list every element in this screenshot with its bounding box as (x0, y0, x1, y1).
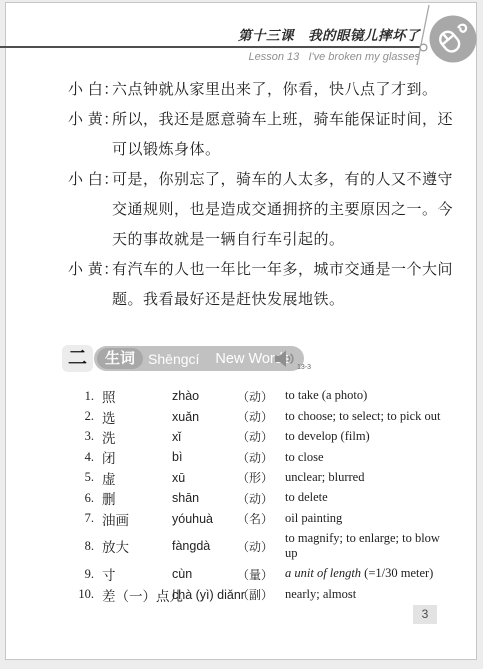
dialog-line: 小 白：六点钟就从家里出来了，你看，快八点了才到。 (68, 75, 468, 105)
section-title-pill: 生词 Shēngcí New Words (94, 346, 304, 371)
dialog-line: 天的事故就是一辆自行车引起的。 (68, 225, 468, 255)
dialog-line: 小 黄：所以，我还是愿意骑车上班，骑车能保证时间，还 (68, 105, 468, 135)
vocab-number: 4. (75, 450, 96, 465)
vocab-hanzi: 差（一）点儿 (96, 585, 172, 605)
vocab-number: 9. (75, 567, 96, 582)
vocab-number: 7. (75, 511, 96, 526)
vocab-row: 1. 照 zhào （动） to take (a photo) (75, 386, 471, 406)
vocab-number: 10. (75, 587, 96, 602)
vocab-row: 2. 选 xuǎn （动） to choose; to select; to p… (75, 406, 471, 426)
vocab-row: 9. 寸 cùn （量） a unit of length (=1/30 met… (75, 564, 471, 584)
vocab-part-of-speech: （动） (237, 408, 285, 425)
vocab-hanzi: 闭 (96, 447, 172, 467)
new-words-section-header: 二 生词 Shēngcí New Words (62, 345, 304, 372)
vocab-hanzi: 虚 (96, 468, 172, 488)
vocab-english: to develop (film) (285, 427, 447, 447)
vocab-part-of-speech: （动） (237, 449, 285, 466)
vocab-english: to delete (285, 488, 447, 508)
vocab-row: 10. 差（一）点儿 chà (yì) diǎnr （副） nearly; al… (75, 584, 471, 604)
dialog-paragraph: 小 白：可是，你别忘了，骑车的人太多，有的人又不遵守 交通规则，也是造成交通拥挤… (68, 165, 468, 255)
vocab-row: 7. 油画 yóuhuà （名） oil painting (75, 508, 471, 528)
vocab-row: 3. 洗 xǐ （动） to develop (film) (75, 427, 471, 447)
node-circle-icon (420, 44, 427, 51)
section-number: 二 (62, 345, 93, 372)
vocab-part-of-speech: （动） (237, 428, 285, 445)
vocab-hanzi: 删 (96, 488, 172, 508)
vocab-english: unclear; blurred (285, 468, 447, 488)
vocab-row: 4. 闭 bì （动） to close (75, 447, 471, 467)
vocab-english: nearly; almost (285, 585, 447, 605)
speaker-name: 小 黄： (68, 255, 112, 285)
vocab-hanzi: 照 (96, 386, 172, 406)
vocab-hanzi: 油画 (96, 509, 172, 529)
vocab-english: to take (a photo) (285, 386, 447, 406)
page-number: 3 (413, 605, 437, 624)
vocab-part-of-speech: （动） (237, 388, 285, 405)
vocab-row: 5. 虚 xū （形） unclear; blurred (75, 468, 471, 488)
vocab-part-of-speech: （动） (237, 490, 285, 507)
speaker-name: 小 白： (68, 165, 112, 195)
vocab-english: to choose; to select; to pick out (285, 407, 447, 427)
header-rule (0, 46, 421, 48)
dialog-paragraph: 小 白：六点钟就从家里出来了，你看，快八点了才到。 (68, 75, 468, 105)
vocab-hanzi: 放大 (96, 536, 172, 556)
vocab-pinyin: zhào (172, 389, 237, 403)
vocab-number: 2. (75, 409, 96, 424)
vocab-pinyin: fàngdà (172, 539, 237, 553)
dialog-line: 交通规则，也是造成交通拥挤的主要原因之一。今 (68, 195, 468, 225)
vocab-row: 6. 删 shān （动） to delete (75, 488, 471, 508)
vocab-number: 8. (75, 539, 96, 554)
speaker-name: 小 黄： (68, 105, 112, 135)
vocab-pinyin: shān (172, 491, 237, 505)
vocab-part-of-speech: （动） (237, 538, 285, 555)
vocab-part-of-speech: （量） (237, 566, 285, 583)
vocab-pinyin: xǐ (172, 430, 237, 444)
mouse-icon (429, 15, 477, 63)
vocab-hanzi: 选 (96, 407, 172, 427)
dialog-paragraph: 小 黄：有汽车的人也一年比一年多，城市交通是一个大问 题。我看最好还是赶快发展地… (68, 255, 468, 315)
vocab-number: 3. (75, 429, 96, 444)
dialog-paragraph: 小 黄：所以，我还是愿意骑车上班，骑车能保证时间，还 可以锻炼身体。 (68, 105, 468, 165)
vocab-number: 5. (75, 470, 96, 485)
vocab-pinyin: xuǎn (172, 410, 237, 424)
vocab-english: to close (285, 448, 447, 468)
vocab-part-of-speech: （形） (237, 469, 285, 486)
vocab-number: 6. (75, 491, 96, 506)
audio-track-label: 13-3 (297, 364, 311, 371)
vocab-english: a unit of length (=1/30 meter) (285, 564, 447, 584)
vocab-pinyin: bì (172, 450, 237, 464)
speaker-name: 小 白： (68, 75, 112, 105)
vocab-pinyin: yóuhuà (172, 512, 237, 526)
vocab-part-of-speech: （名） (237, 510, 285, 527)
vocab-list: 1. 照 zhào （动） to take (a photo) 2. 选 xuǎ… (75, 386, 471, 605)
vocab-pinyin: chà (yì) diǎnr (172, 588, 237, 602)
lesson-title-chinese: 第十三课 我的眼镜儿摔坏了 (238, 24, 420, 44)
vocab-row: 8. 放大 fàngdà （动） to magnify; to enlarge;… (75, 529, 471, 564)
section-title-chinese: 生词 (97, 348, 143, 369)
vocab-number: 1. (75, 389, 96, 404)
vocab-part-of-speech: （副） (237, 586, 285, 603)
dialog-line: 小 白：可是，你别忘了，骑车的人太多，有的人又不遵守 (68, 165, 468, 195)
vocab-hanzi: 洗 (96, 427, 172, 447)
lesson-title-english: Lesson 13 I've broken my glasses (249, 51, 420, 63)
section-title-pinyin: Shēngcí (148, 351, 199, 367)
dialog-line: 可以锻炼身体。 (68, 135, 468, 165)
dialog-line: 小 黄：有汽车的人也一年比一年多，城市交通是一个大问 (68, 255, 468, 285)
vocab-english: oil painting (285, 509, 447, 529)
vocab-english: to magnify; to enlarge; to blow up (285, 529, 447, 564)
vocab-hanzi: 寸 (96, 564, 172, 584)
vocab-pinyin: xū (172, 471, 237, 485)
dialog: 小 白：六点钟就从家里出来了，你看，快八点了才到。 小 黄：所以，我还是愿意骑车… (68, 75, 468, 315)
vocab-pinyin: cùn (172, 567, 237, 581)
dialog-line: 题。我看最好还是赶快发展地铁。 (68, 285, 468, 315)
